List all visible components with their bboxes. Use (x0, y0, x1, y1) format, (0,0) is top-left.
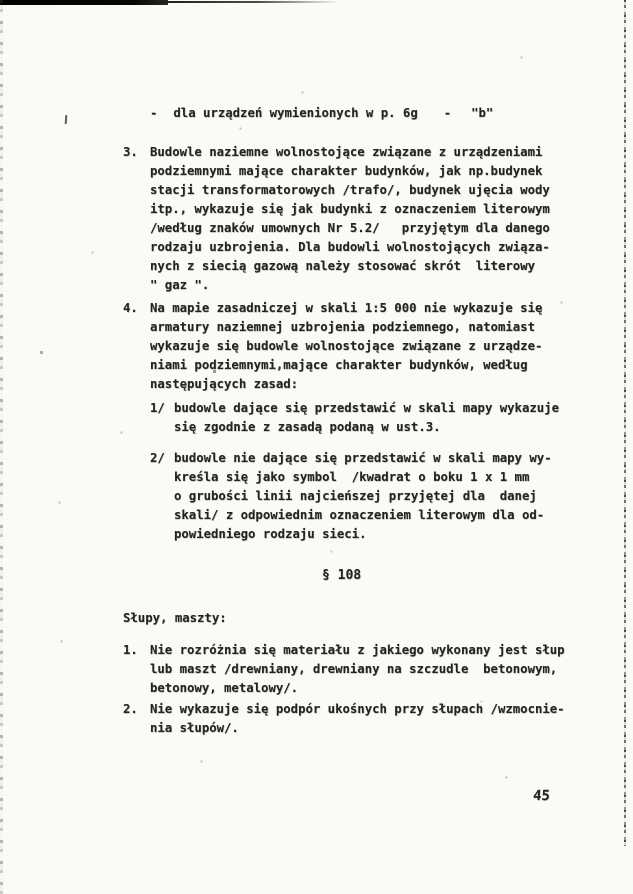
paragraph-item-3: 3. Budowle naziemne wolnostojące związan… (123, 143, 590, 295)
item-4-sub-2-number: 2/ (150, 449, 174, 468)
section-heading: § 108 (322, 566, 361, 585)
item-2-text: Nie wykazuje się podpór ukośnych przy sł… (150, 700, 590, 738)
item-1-number: 1. (123, 641, 150, 660)
paragraph-item-1: 1. Nie rozróżnia się materiału z jakiego… (123, 641, 590, 698)
scan-top-edge-band-fade (160, 1, 340, 3)
item-4-sub-1-text: budowle dające się przedstawić w skali m… (174, 399, 614, 437)
item-4-sub-2-text: budowle nie dające się przedstawić w ska… (174, 449, 614, 544)
paragraph-item-4-sub-1: 1/ budowle dające się przedstawić w skal… (150, 399, 614, 437)
item-4-text: Na mapie zasadniczej w skali 1:5 000 nie… (150, 299, 590, 394)
scan-left-edge-noise (0, 0, 3, 894)
intro-dash: - (150, 104, 157, 123)
item-4-sub-1-number: 1/ (150, 399, 174, 418)
intro-dash-line: - dla urządzeń wymienionych w p. 6g - "b… (150, 104, 493, 123)
paragraph-item-4-sub-2: 2/ budowle nie dające się przedstawić w … (150, 449, 614, 544)
item-4-number: 4. (123, 299, 150, 318)
item-3-number: 3. (123, 143, 150, 162)
scan-right-edge-noise-line (624, 0, 626, 846)
subheading-slupy-maszty: Słupy, maszty: (123, 609, 227, 628)
scan-top-edge-band (0, 0, 168, 5)
spacer (451, 104, 471, 123)
intro-text: dla urządzeń wymienionych w p. 6g (173, 104, 417, 123)
scan-noise-speckles (0, 0, 1, 1)
scan-stray-mark (65, 115, 68, 124)
spacer (418, 104, 444, 123)
page-number: 45 (532, 787, 550, 806)
intro-dash-2: - (444, 104, 451, 123)
item-3-text: Budowle naziemne wolnostojące związane z… (150, 143, 590, 295)
spacer (157, 104, 173, 123)
item-2-number: 2. (123, 700, 150, 719)
item-1-text: Nie rozróżnia się materiału z jakiego wy… (150, 641, 590, 698)
document-page: - dla urządzeń wymienionych w p. 6g - "b… (0, 0, 633, 894)
paragraph-item-2: 2. Nie wykazuje się podpór ukośnych przy… (123, 700, 590, 738)
intro-quoted-b: "b" (471, 104, 493, 123)
paragraph-item-4: 4. Na mapie zasadniczej w skali 1:5 000 … (123, 299, 590, 394)
